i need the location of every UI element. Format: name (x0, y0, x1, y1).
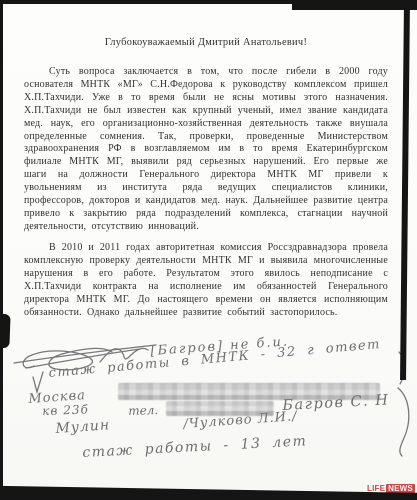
letter-salutation: Глубокоуважаемый Дмитрий Анатольевич! (24, 37, 388, 48)
handwritten-tel-label: тел. (128, 403, 158, 418)
handwritten-second-experience: стаж работы - 13 лет (82, 433, 308, 461)
handwritten-second-name: Мулин (55, 417, 111, 437)
scan-edge-left (0, 0, 3, 500)
letter-paragraph-1: Суть вопроса заключается в том, что посл… (24, 66, 388, 234)
scan-edge-top-right (292, 0, 417, 10)
scan-edge-right (400, 0, 410, 380)
letter-paragraph-1-text: Суть вопроса заключается в том, что посл… (24, 66, 388, 234)
scanned-letter-page: Глубокоуважаемый Дмитрий Анатольевич! Су… (0, 0, 417, 500)
scan-edge-left-notch (0, 314, 11, 348)
letter-paragraph-2: В 2010 и 2011 годах авторитетная комисси… (24, 242, 388, 319)
letter-paragraph-2-text: В 2010 и 2011 годах авторитетная комисси… (24, 242, 388, 319)
handwritten-apartment: кв 23б (42, 402, 89, 418)
checkmark-icon (33, 372, 43, 392)
watermark-life-text: LIFE (367, 484, 385, 493)
bracket-large (398, 388, 409, 456)
scan-edge-bottom (0, 484, 417, 500)
watermark-news-badge: NEWS (386, 484, 415, 493)
